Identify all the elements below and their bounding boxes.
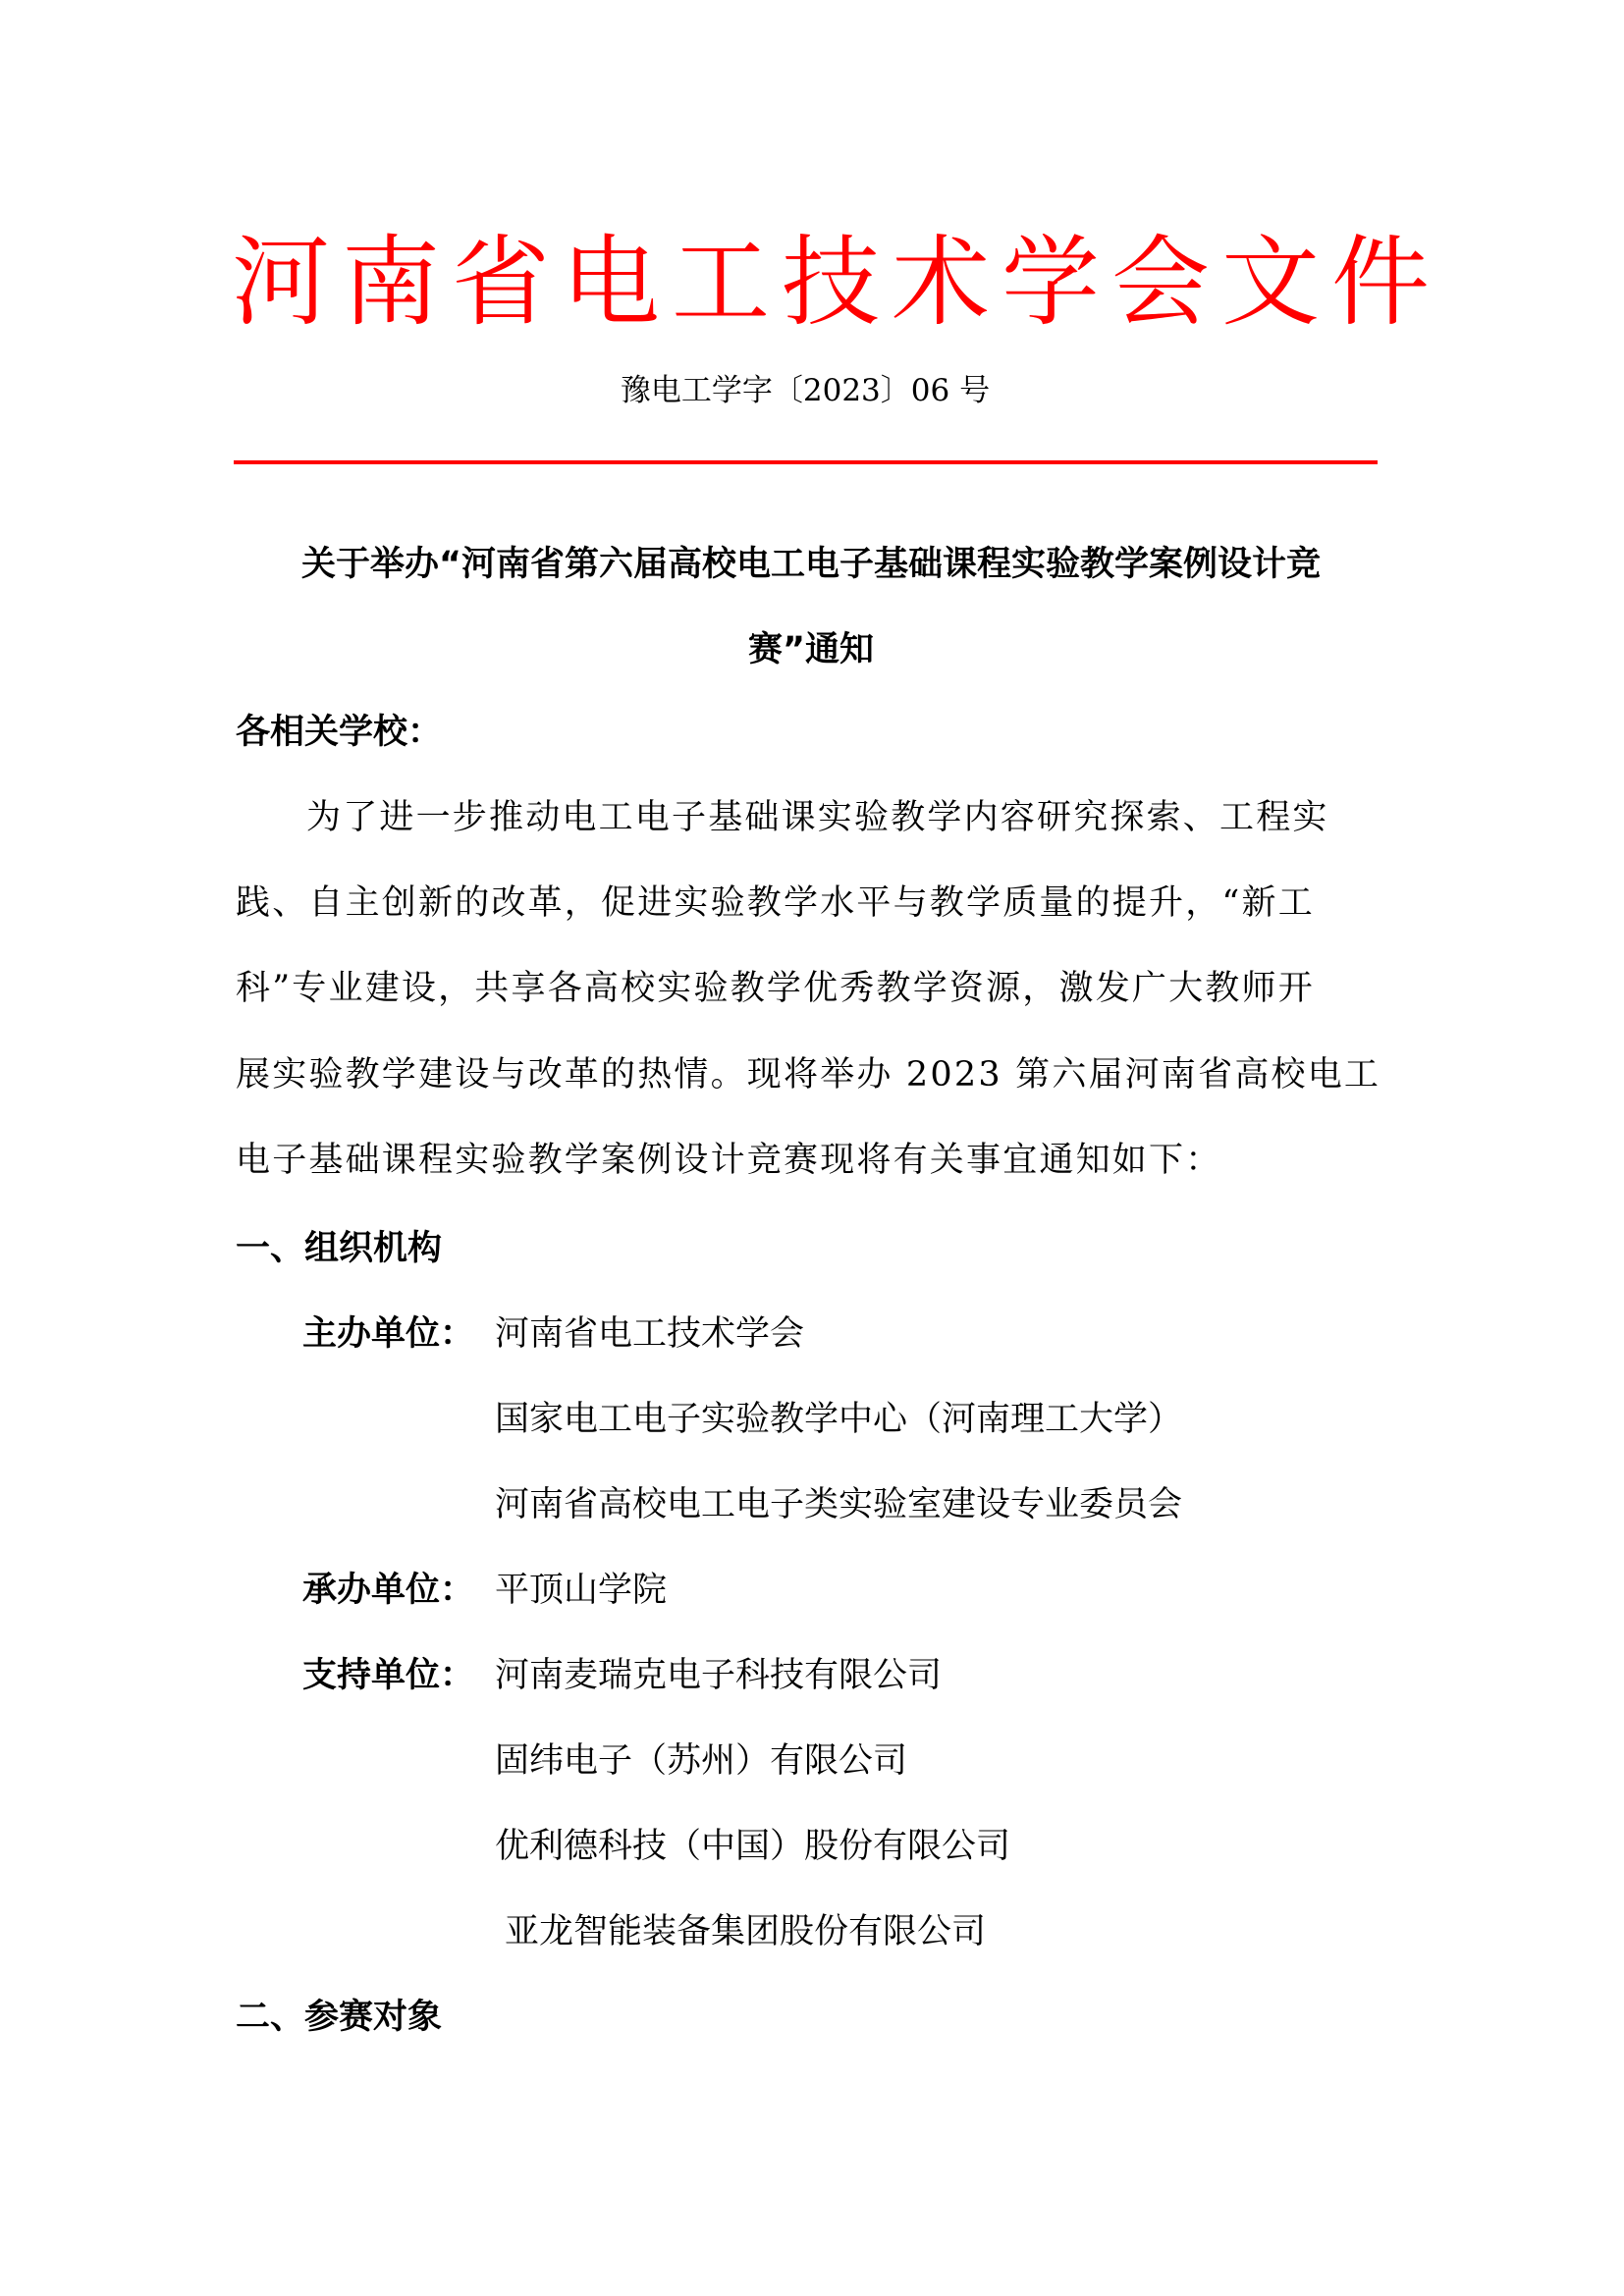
- org-title: 河南省电工技术学会文件: [232, 224, 1379, 342]
- supporter-item-4: 亚龙智能装备集团股份有限公司: [505, 1910, 986, 1953]
- salutation: 各相关学校：: [236, 711, 442, 754]
- host-item-1: 河南省电工技术学会: [495, 1312, 804, 1356]
- supporter-item-3: 优利德科技（中国）股份有限公司: [495, 1825, 1010, 1868]
- section-heading-participants: 二、参赛对象: [236, 1996, 442, 2039]
- organizer-item-1: 平顶山学院: [495, 1569, 667, 1612]
- host-item-2: 国家电工电子实验教学中心（河南理工大学）: [495, 1398, 1182, 1441]
- intro-line-1: 为了进一步推动电工电子基础课实验教学内容研究探索、工程实: [306, 796, 1329, 839]
- intro-line-2: 践、自主创新的改革，促进实验教学水平与教学质量的提升，“新工: [236, 881, 1315, 925]
- red-divider: [234, 460, 1378, 464]
- notice-title-line-1: 关于举办“河南省第六届高校电工电子基础课程实验教学案例设计竞: [232, 543, 1390, 586]
- intro-line-3: 科”专业建设，共享各高校实验教学优秀教学资源，激发广大教师开: [236, 967, 1315, 1010]
- supporter-item-1: 河南麦瑞克电子科技有限公司: [495, 1654, 942, 1697]
- label-organizer: 承办单位：: [302, 1569, 474, 1612]
- notice-title-line-2: 赛”通知: [232, 628, 1390, 671]
- host-item-3: 河南省高校电工电子类实验室建设专业委员会: [495, 1483, 1182, 1526]
- intro-line-4: 展实验教学建设与改革的热情。现将举办 2023 第六届河南省高校电工: [236, 1053, 1380, 1096]
- supporter-item-2: 固纬电子（苏州）有限公司: [495, 1739, 907, 1783]
- label-supporter: 支持单位：: [302, 1654, 474, 1697]
- doc-number: 豫电工学字〔2023〕06 号: [232, 371, 1379, 410]
- label-host: 主办单位：: [302, 1312, 474, 1356]
- section-heading-organization: 一、组织机构: [236, 1227, 442, 1270]
- intro-line-5: 电子基础课程实验教学案例设计竞赛现将有关事宜通知如下：: [236, 1139, 1221, 1182]
